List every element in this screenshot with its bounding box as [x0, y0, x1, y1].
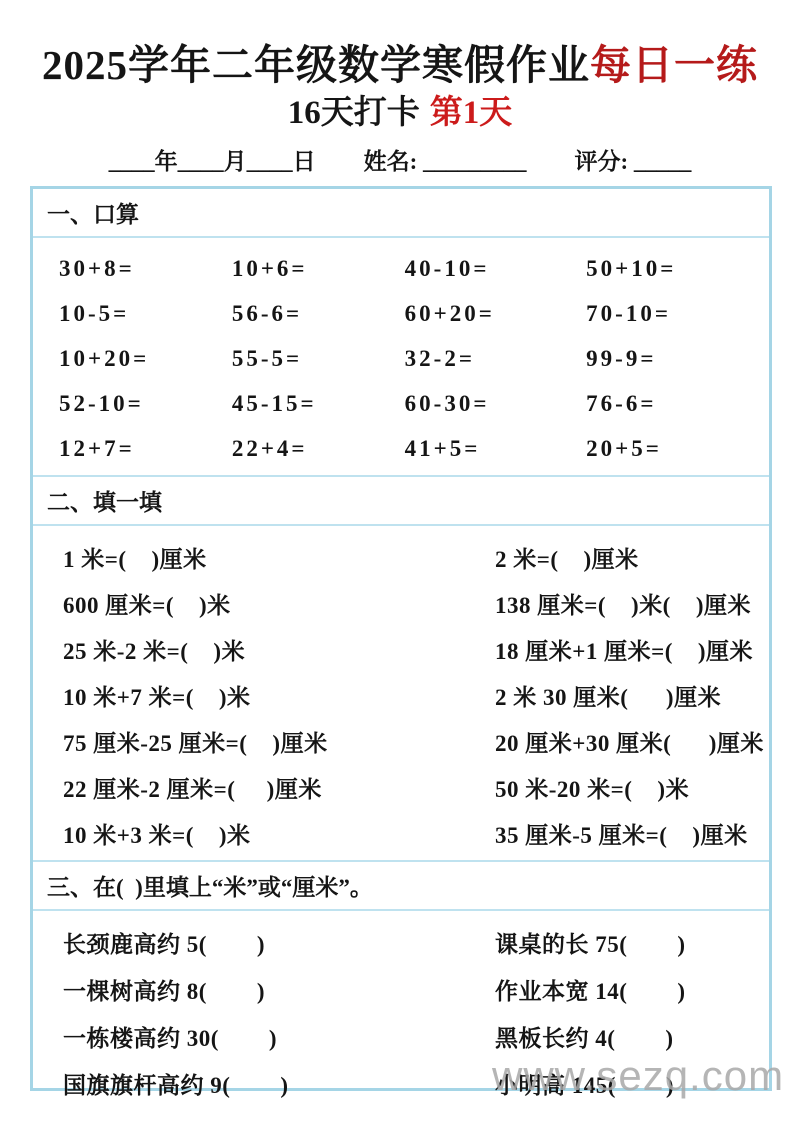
calc-problem: 20+5= [586, 426, 759, 471]
date-blanks: ____年____月____日 [109, 143, 316, 176]
unit-problem: 长颈鹿高约 5( ) [63, 919, 495, 966]
subtitle-checkin-text: 16天打卡 [288, 95, 420, 131]
fill-problem: 600 厘米=( )米 [63, 580, 495, 626]
calc-problem: 40-10= [405, 246, 586, 291]
calc-problem: 10+20= [59, 336, 232, 381]
calc-problem: 50+10= [586, 246, 759, 291]
unit-problem: 一栋楼高约 30( ) [63, 1013, 495, 1060]
score-blank: _____ [634, 149, 692, 174]
fill-problem: 20 厘米+30 厘米( )厘米 [495, 718, 765, 764]
calc-problem: 12+7= [59, 426, 232, 471]
calc-problem: 60+20= [405, 291, 586, 336]
name-field: 姓名: _________ [364, 143, 527, 176]
worksheet-box: 一、口算 30+8=10+6=40-10=50+10=10-5=56-6=60+… [30, 186, 772, 1091]
unit-problem: 课桌的长 75( ) [495, 919, 765, 966]
calc-problem: 32-2= [405, 336, 586, 381]
calc-problem: 76-6= [586, 381, 759, 426]
calc-problem: 10-5= [59, 291, 232, 336]
worksheet-title: 2025学年二年级数学寒假作业每日一练 [0, 0, 800, 89]
fill-in-grid: 1 米=( )厘米2 米=( )厘米600 厘米=( )米138 厘米=( )米… [33, 526, 769, 860]
fill-problem: 75 厘米-25 厘米=( )厘米 [63, 718, 495, 764]
fill-problem: 50 米-20 米=( )米 [495, 764, 765, 810]
calc-problem: 22+4= [232, 426, 405, 471]
fill-problem: 138 厘米=( )米( )厘米 [495, 580, 765, 626]
section-heading: 一、口算 [33, 189, 769, 238]
calc-problem: 56-6= [232, 291, 405, 336]
score-label: 评分: [575, 149, 634, 174]
watermark: www.sezq.com [492, 1052, 784, 1100]
score-field: 评分: _____ [575, 143, 692, 176]
fill-problem: 18 厘米+1 厘米=( )厘米 [495, 626, 765, 672]
section-oral-calculation: 一、口算 30+8=10+6=40-10=50+10=10-5=56-6=60+… [33, 189, 769, 475]
calc-problem: 70-10= [586, 291, 759, 336]
title-accent-text: 每日一练 [590, 42, 758, 88]
name-blank: _________ [423, 149, 527, 174]
calc-problem: 55-5= [232, 336, 405, 381]
fill-problem: 1 米=( )厘米 [63, 534, 495, 580]
unit-problem: 国旗旗杆高约 9( ) [63, 1060, 495, 1107]
calc-problem: 10+6= [232, 246, 405, 291]
unit-problem: 一棵树高约 8( ) [63, 966, 495, 1013]
subtitle-day-number: 第1天 [430, 95, 513, 131]
title-main-text: 2025学年二年级数学寒假作业 [42, 42, 590, 88]
worksheet-page: 2025学年二年级数学寒假作业每日一练 16天打卡第1天 ____年____月_… [0, 0, 800, 1091]
fill-problem: 10 米+7 米=( )米 [63, 672, 495, 718]
fill-problem: 22 厘米-2 厘米=( )厘米 [63, 764, 495, 810]
section-heading: 二、填一填 [33, 475, 769, 526]
meta-line: ____年____月____日 姓名: _________ 评分: _____ [0, 143, 800, 176]
calc-problem: 45-15= [232, 381, 405, 426]
calc-problem: 30+8= [59, 246, 232, 291]
fill-problem: 25 米-2 米=( )米 [63, 626, 495, 672]
calc-problem: 41+5= [405, 426, 586, 471]
worksheet-subtitle: 16天打卡第1天 [0, 95, 800, 133]
section-fill-in: 二、填一填 1 米=( )厘米2 米=( )厘米600 厘米=( )米138 厘… [33, 475, 769, 860]
name-label: 姓名: [364, 149, 423, 174]
calc-problem: 52-10= [59, 381, 232, 426]
fill-problem: 10 米+3 米=( )米 [63, 810, 495, 856]
section-heading: 三、在( )里填上“米”或“厘米”。 [33, 860, 769, 911]
calc-problem: 99-9= [586, 336, 759, 381]
fill-problem: 2 米 30 厘米( )厘米 [495, 672, 765, 718]
calc-problem: 60-30= [405, 381, 586, 426]
oral-calculation-grid: 30+8=10+6=40-10=50+10=10-5=56-6=60+20=70… [33, 238, 769, 475]
unit-problem: 作业本宽 14( ) [495, 966, 765, 1013]
fill-problem: 35 厘米-5 厘米=( )厘米 [495, 810, 765, 856]
fill-problem: 2 米=( )厘米 [495, 534, 765, 580]
